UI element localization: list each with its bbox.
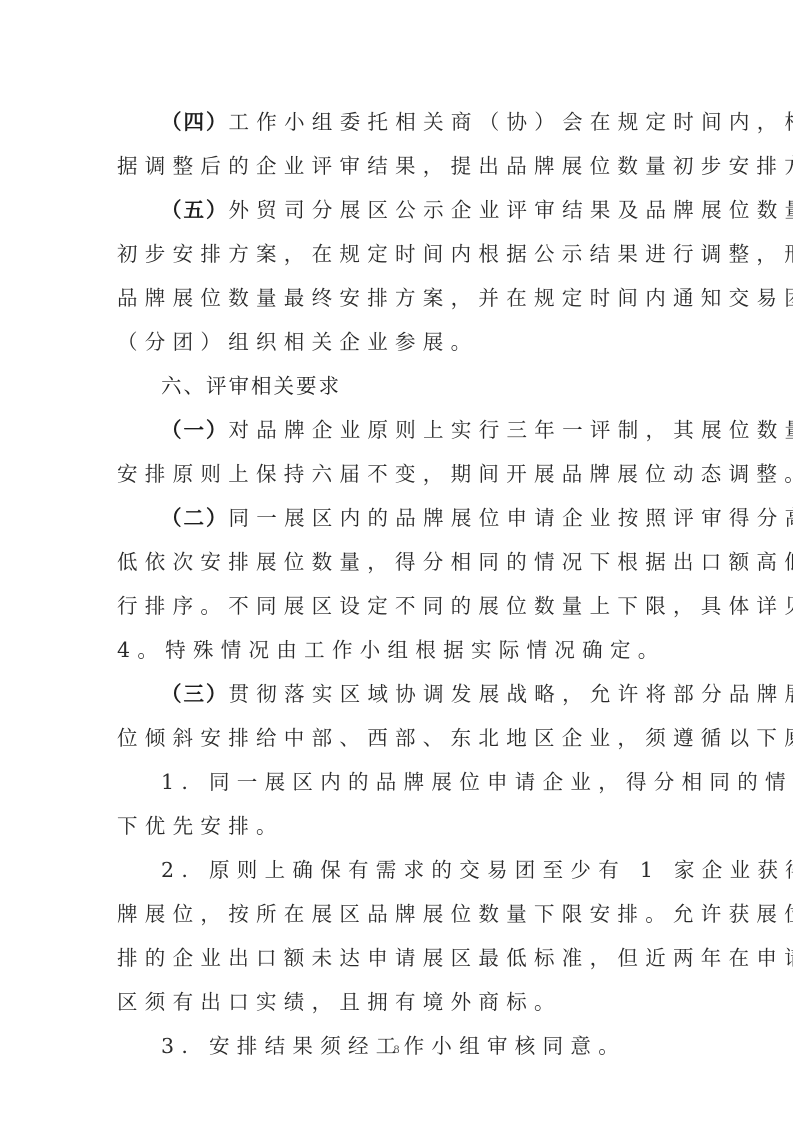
principle-1-line-2: 下优先安排。: [117, 804, 284, 848]
paragraph-5-line-3: 品牌展位数量最终安排方案，并在规定时间内通知交易团: [117, 276, 793, 320]
paragraph-5-prefix: （五）: [161, 198, 229, 222]
paragraph-5-text: 外贸司分展区公示企业评审结果及品牌展位数量: [229, 198, 793, 222]
principle-2-line-4: 区须有出口实绩，且拥有境外商标。: [117, 980, 562, 1024]
principle-1-number: 1.: [161, 770, 195, 794]
principle-1-text: 同一展区内的品牌展位申请企业，得分相同的情况: [209, 770, 793, 794]
requirement-3-text: 贯彻落实区域协调发展战略，允许将部分品牌展: [229, 682, 793, 706]
requirement-2-prefix: （二）: [161, 506, 229, 530]
principle-2-line-1: 2. 原则上确保有需求的交易团至少有 1 家企业获得品: [161, 848, 793, 892]
paragraph-4-prefix: （四）: [161, 110, 229, 134]
requirement-3-line-2: 位倾斜安排给中部、西部、东北地区企业，须遵循以下原则：: [117, 716, 793, 760]
requirement-1-prefix: （一）: [161, 418, 229, 442]
paragraph-5-line-4: （分团）组织相关企业参展。: [117, 320, 478, 364]
paragraph-4-text: 工作小组委托相关商（协）会在规定时间内，根: [229, 110, 793, 134]
principle-2-line-3: 排的企业出口额未达申请展区最低标准，但近两年在申请展: [117, 936, 793, 980]
paragraph-5-line-2: 初步安排方案，在规定时间内根据公示结果进行调整，形成: [117, 232, 793, 276]
requirement-3-line-1: （三）贯彻落实区域协调发展战略，允许将部分品牌展: [161, 672, 793, 716]
requirement-1-line-1: （一）对品牌企业原则上实行三年一评制，其展位数量: [161, 408, 793, 452]
requirement-2-line-4: 4。特殊情况由工作小组根据实际情况确定。: [117, 628, 666, 672]
section-heading: 六、评审相关要求: [161, 364, 341, 408]
requirement-3-prefix: （三）: [161, 682, 229, 706]
principle-2-line-2: 牌展位，按所在展区品牌展位数量下限安排。允许获展位安: [117, 892, 793, 936]
requirement-2-text: 同一展区内的品牌展位申请企业按照评审得分高: [229, 506, 793, 530]
requirement-2-line-2: 低依次安排展位数量，得分相同的情况下根据出口额高低进: [117, 540, 793, 584]
principle-2-number: 2.: [161, 858, 195, 882]
principle-2-text: 原则上确保有需求的交易团至少有 1 家企业获得品: [209, 858, 793, 882]
requirement-2-line-1: （二）同一展区内的品牌展位申请企业按照评审得分高: [161, 496, 793, 540]
paragraph-4-line-1: （四）工作小组委托相关商（协）会在规定时间内，根: [161, 100, 793, 144]
requirement-2-line-3: 行排序。不同展区设定不同的展位数量上下限，具体详见附: [117, 584, 793, 628]
paragraph-4-line-2: 据调整后的企业评审结果，提出品牌展位数量初步安排方案。: [117, 144, 793, 188]
requirement-1-line-2: 安排原则上保持六届不变，期间开展品牌展位动态调整。: [117, 452, 793, 496]
page-number: 8: [0, 1042, 793, 1057]
paragraph-5-line-1: （五）外贸司分展区公示企业评审结果及品牌展位数量: [161, 188, 793, 232]
requirement-1-text: 对品牌企业原则上实行三年一评制，其展位数量: [229, 418, 793, 442]
principle-1-line-1: 1. 同一展区内的品牌展位申请企业，得分相同的情况: [161, 760, 793, 804]
